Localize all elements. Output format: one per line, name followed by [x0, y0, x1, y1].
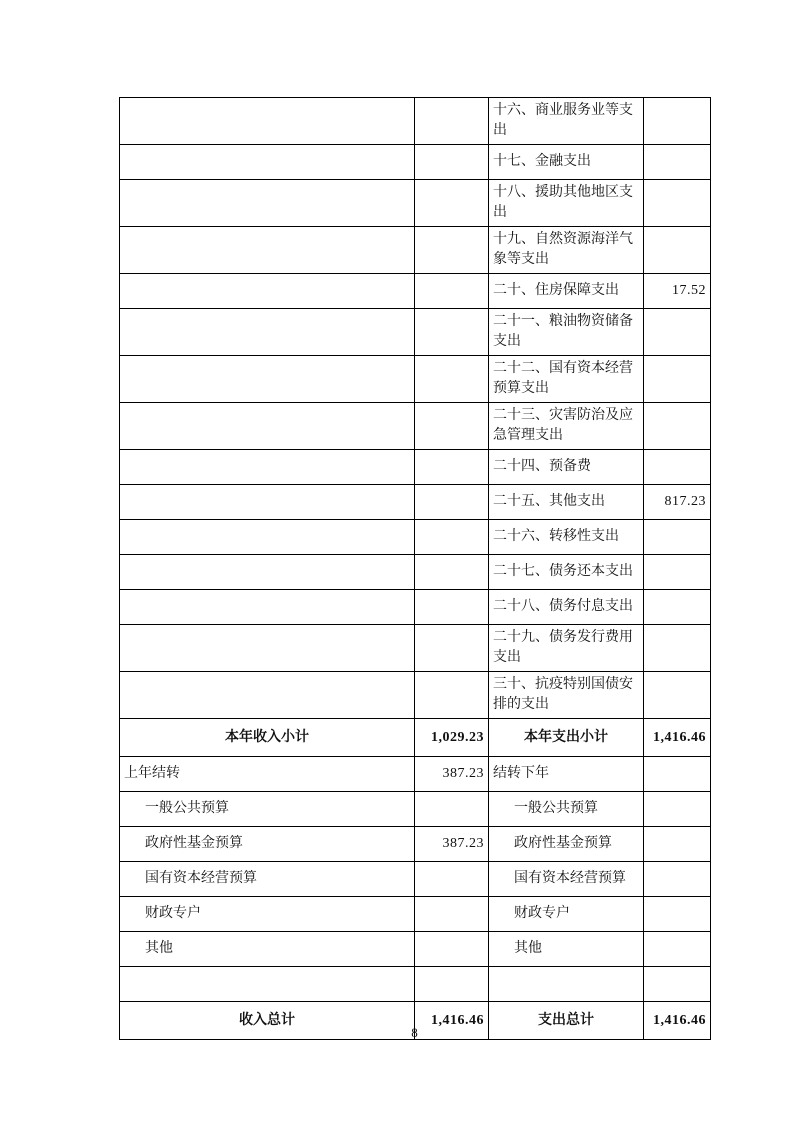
expense-label-cell: 二十二、国有资本经营预算支出 — [489, 356, 644, 403]
expense-label-cell: 十九、自然资源海洋气象等支出 — [489, 227, 644, 274]
table-row: 三十、抗疫特别国债安排的支出 — [120, 672, 711, 719]
income-label-cell — [120, 967, 415, 1002]
table-row: 二十六、转移性支出 — [120, 520, 711, 555]
expense-value-cell — [644, 227, 711, 274]
expense-label-cell: 二十八、债务付息支出 — [489, 590, 644, 625]
expense-value-cell — [644, 672, 711, 719]
income-label-cell: 本年收入小计 — [120, 719, 415, 757]
income-value-cell — [415, 227, 489, 274]
income-label-cell — [120, 590, 415, 625]
income-value-cell — [415, 590, 489, 625]
table-row: 二十五、其他支出817.23 — [120, 485, 711, 520]
expense-label-cell: 财政专户 — [489, 897, 644, 932]
expense-value-cell — [644, 897, 711, 932]
expense-label-cell: 三十、抗疫特别国债安排的支出 — [489, 672, 644, 719]
income-label-cell — [120, 403, 415, 450]
table-row: 二十、住房保障支出17.52 — [120, 274, 711, 309]
table-row: 财政专户财政专户 — [120, 897, 711, 932]
income-value-cell — [415, 356, 489, 403]
expense-value-cell — [644, 590, 711, 625]
table-row — [120, 967, 711, 1002]
expense-label-cell: 十六、商业服务业等支出 — [489, 98, 644, 145]
expense-value-cell — [644, 309, 711, 356]
budget-table-body: 十六、商业服务业等支出十七、金融支出十八、援助其他地区支出十九、自然资源海洋气象… — [120, 98, 711, 1040]
income-value-cell: 387.23 — [415, 827, 489, 862]
income-value-cell: 387.23 — [415, 757, 489, 792]
income-value-cell — [415, 180, 489, 227]
income-value-cell — [415, 145, 489, 180]
income-label-cell — [120, 450, 415, 485]
income-label-cell — [120, 227, 415, 274]
expense-value-cell — [644, 827, 711, 862]
income-label-cell — [120, 356, 415, 403]
income-label-cell: 其他 — [120, 932, 415, 967]
expense-value-cell — [644, 98, 711, 145]
income-label-cell — [120, 672, 415, 719]
table-row: 二十二、国有资本经营预算支出 — [120, 356, 711, 403]
income-value-cell — [415, 520, 489, 555]
income-value-cell: 1,029.23 — [415, 719, 489, 757]
table-row: 其他其他 — [120, 932, 711, 967]
table-row: 二十四、预备费 — [120, 450, 711, 485]
table-row: 二十七、债务还本支出 — [120, 555, 711, 590]
table-row: 十九、自然资源海洋气象等支出 — [120, 227, 711, 274]
income-value-cell — [415, 967, 489, 1002]
expense-label-cell: 二十七、债务还本支出 — [489, 555, 644, 590]
income-label-cell — [120, 274, 415, 309]
income-value-cell — [415, 672, 489, 719]
expense-value-cell: 1,416.46 — [644, 719, 711, 757]
income-label-cell: 上年结转 — [120, 757, 415, 792]
expense-label-cell: 二十三、灾害防治及应急管理支出 — [489, 403, 644, 450]
table-row: 十六、商业服务业等支出 — [120, 98, 711, 145]
income-label-cell — [120, 485, 415, 520]
income-label-cell — [120, 145, 415, 180]
income-label-cell — [120, 98, 415, 145]
table-row: 本年收入小计1,029.23本年支出小计1,416.46 — [120, 719, 711, 757]
income-value-cell — [415, 862, 489, 897]
income-label-cell — [120, 309, 415, 356]
expense-label-cell: 二十九、债务发行费用支出 — [489, 625, 644, 672]
expense-label-cell: 一般公共预算 — [489, 792, 644, 827]
expense-value-cell — [644, 145, 711, 180]
table-row: 十七、金融支出 — [120, 145, 711, 180]
expense-label-cell: 十八、援助其他地区支出 — [489, 180, 644, 227]
expense-value-cell — [644, 356, 711, 403]
expense-value-cell: 17.52 — [644, 274, 711, 309]
income-label-cell: 政府性基金预算 — [120, 827, 415, 862]
table-row: 二十三、灾害防治及应急管理支出 — [120, 403, 711, 450]
income-value-cell — [415, 485, 489, 520]
expense-label-cell: 二十六、转移性支出 — [489, 520, 644, 555]
table-row: 政府性基金预算387.23政府性基金预算 — [120, 827, 711, 862]
income-label-cell — [120, 520, 415, 555]
table-row: 十八、援助其他地区支出 — [120, 180, 711, 227]
income-value-cell — [415, 555, 489, 590]
table-row: 二十一、粮油物资储备支出 — [120, 309, 711, 356]
income-value-cell — [415, 274, 489, 309]
income-value-cell — [415, 450, 489, 485]
table-row: 一般公共预算一般公共预算 — [120, 792, 711, 827]
table-row: 上年结转387.23结转下年 — [120, 757, 711, 792]
expense-label-cell: 十七、金融支出 — [489, 145, 644, 180]
table-row: 二十九、债务发行费用支出 — [120, 625, 711, 672]
expense-label-cell: 二十五、其他支出 — [489, 485, 644, 520]
income-value-cell — [415, 625, 489, 672]
expense-value-cell — [644, 625, 711, 672]
income-label-cell: 财政专户 — [120, 897, 415, 932]
expense-label-cell: 国有资本经营预算 — [489, 862, 644, 897]
income-value-cell — [415, 403, 489, 450]
income-value-cell — [415, 897, 489, 932]
income-label-cell — [120, 625, 415, 672]
budget-table: 十六、商业服务业等支出十七、金融支出十八、援助其他地区支出十九、自然资源海洋气象… — [119, 97, 711, 1040]
expense-value-cell — [644, 520, 711, 555]
table-row: 二十八、债务付息支出 — [120, 590, 711, 625]
expense-label-cell: 二十四、预备费 — [489, 450, 644, 485]
expense-value-cell — [644, 967, 711, 1002]
expense-value-cell — [644, 792, 711, 827]
document-page: 十六、商业服务业等支出十七、金融支出十八、援助其他地区支出十九、自然资源海洋气象… — [0, 0, 793, 1122]
expense-value-cell — [644, 555, 711, 590]
table-row: 国有资本经营预算国有资本经营预算 — [120, 862, 711, 897]
expense-value-cell — [644, 450, 711, 485]
expense-value-cell — [644, 757, 711, 792]
income-label-cell: 一般公共预算 — [120, 792, 415, 827]
expense-label-cell: 其他 — [489, 932, 644, 967]
page-number: 8 — [119, 1025, 710, 1041]
income-value-cell — [415, 98, 489, 145]
expense-value-cell — [644, 932, 711, 967]
expense-value-cell — [644, 862, 711, 897]
expense-value-cell — [644, 403, 711, 450]
expense-label-cell — [489, 967, 644, 1002]
expense-label-cell: 政府性基金预算 — [489, 827, 644, 862]
expense-value-cell: 817.23 — [644, 485, 711, 520]
expense-value-cell — [644, 180, 711, 227]
income-label-cell — [120, 555, 415, 590]
income-label-cell — [120, 180, 415, 227]
income-value-cell — [415, 792, 489, 827]
income-value-cell — [415, 932, 489, 967]
income-value-cell — [415, 309, 489, 356]
expense-label-cell: 二十、住房保障支出 — [489, 274, 644, 309]
expense-label-cell: 本年支出小计 — [489, 719, 644, 757]
expense-label-cell: 结转下年 — [489, 757, 644, 792]
expense-label-cell: 二十一、粮油物资储备支出 — [489, 309, 644, 356]
income-label-cell: 国有资本经营预算 — [120, 862, 415, 897]
